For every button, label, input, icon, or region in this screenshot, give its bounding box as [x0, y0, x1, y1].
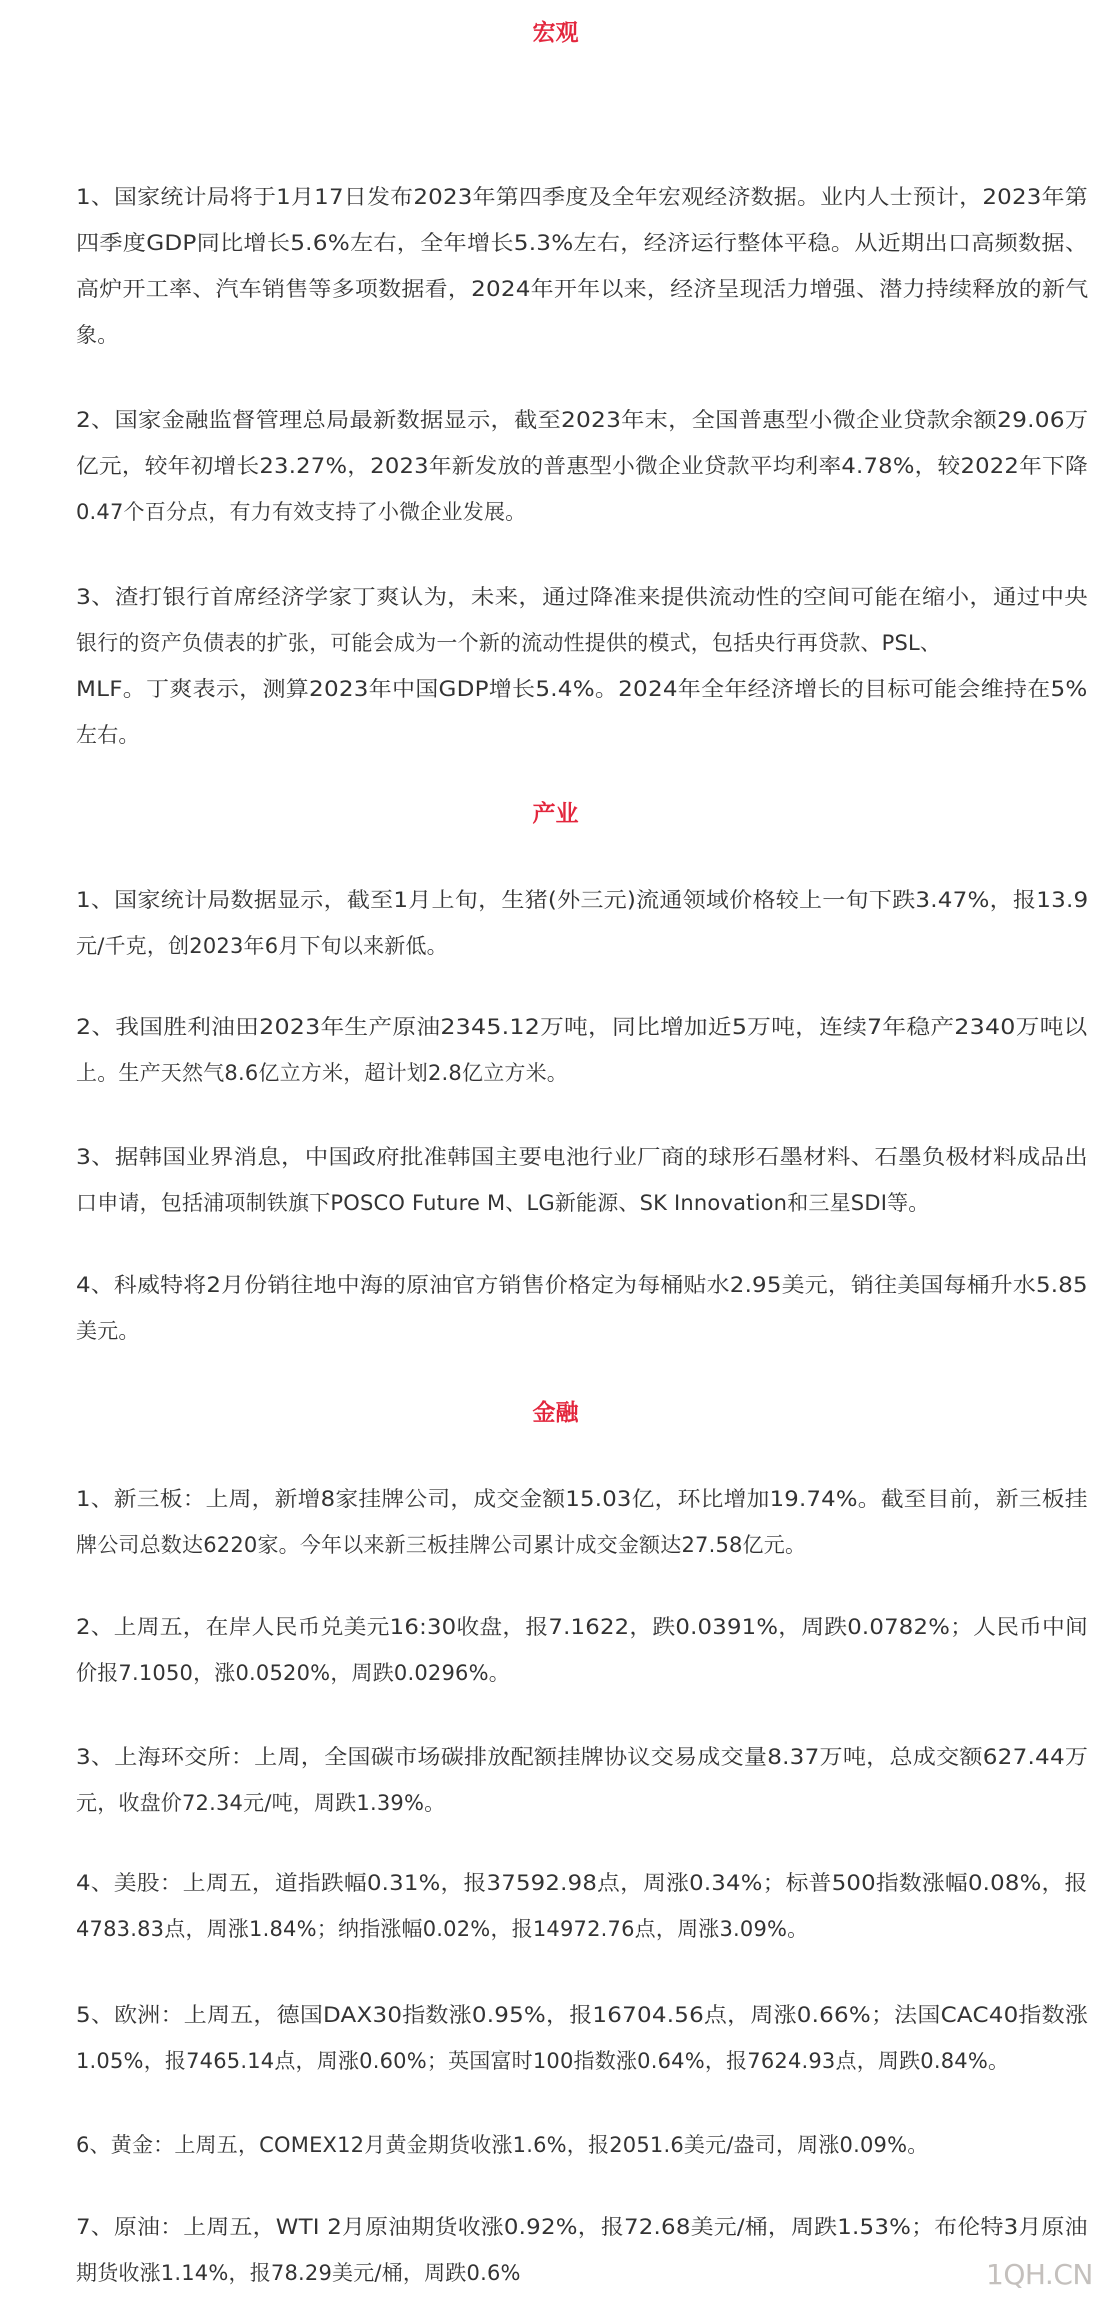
news-item-line: 2、上周五，在岸人民币兑美元16:30收盘，报7.1622，跌0.0391%，周…: [76, 1613, 1088, 1641]
section-heading: 宏观: [0, 18, 1111, 48]
news-item-line: 1.05%，报7465.14点，周涨0.60%；英国富时100指数涨0.64%，…: [76, 2047, 1009, 2075]
news-item-line: 元，收盘价72.34元/吨，周跌1.39%。: [76, 1789, 445, 1817]
news-item-line: 0.47个百分点，有力有效支持了小微企业发展。: [76, 498, 526, 526]
news-item-line: 1、国家统计局将于1月17日发布2023年第四季度及全年宏观经济数据。业内人士预…: [76, 183, 1088, 211]
news-item-line: 1、新三板：上周，新增8家挂牌公司，成交金额15.03亿，环比增加19.74%。…: [76, 1485, 1088, 1513]
news-item-line: 3、上海环交所：上周，全国碳市场碳排放配额挂牌协议交易成交量8.37万吨，总成交…: [76, 1743, 1088, 1771]
news-item-line: 左右。: [76, 721, 140, 749]
section-heading: 产业: [0, 799, 1111, 829]
news-item-line: 3、据韩国业界消息，中国政府批准韩国主要电池行业厂商的球形石墨材料、石墨负极材料…: [76, 1143, 1088, 1171]
news-item-line: 2、我国胜利油田2023年生产原油2345.12万吨，同比增加近5万吨，连续7年…: [76, 1013, 1088, 1041]
news-item-line: 4783.83点，周涨1.84%；纳指涨幅0.02%，报14972.76点，周涨…: [76, 1915, 808, 1943]
news-item-line: 7、原油：上周五，WTI 2月原油期货收涨0.92%，报72.68美元/桶，周跌…: [76, 2213, 1088, 2241]
news-item-line: 3、渣打银行首席经济学家丁爽认为，未来，通过降准来提供流动性的空间可能在缩小，通…: [76, 583, 1088, 611]
news-item-line: 期货收涨1.14%，报78.29美元/桶，周跌0.6%: [76, 2259, 521, 2287]
news-item-line: 上。生产天然气8.6亿立方米，超计划2.8亿立方米。: [76, 1059, 568, 1087]
news-item-line: 5、欧洲：上周五，德国DAX30指数涨0.95%，报16704.56点，周涨0.…: [76, 2001, 1088, 2029]
news-item-line: MLF。丁爽表示，测算2023年中国GDP增长5.4%。2024年全年经济增长的…: [76, 675, 1088, 703]
news-item-line: 元/千克，创2023年6月下旬以来新低。: [76, 932, 448, 960]
news-item-line: 4、美股：上周五，道指跌幅0.31%，报37592.98点，周涨0.34%；标普…: [76, 1869, 1088, 1897]
news-item-line: 四季度GDP同比增长5.6%左右，全年增长5.3%左右，经济运行整体平稳。从近期…: [76, 229, 1088, 257]
news-item-line: 象。: [76, 321, 118, 349]
news-item-line: 美元。: [76, 1317, 140, 1345]
news-item-line: 4、科威特将2月份销往地中海的原油官方销售价格定为每桶贴水2.95美元，销往美国…: [76, 1271, 1088, 1299]
watermark-logo: 1QH.CN: [986, 2258, 1093, 2292]
news-item-line: 银行的资产负债表的扩张，可能会成为一个新的流动性提供的模式，包括央行再贷款、PS…: [76, 629, 941, 657]
news-item-line: 高炉开工率、汽车销售等多项数据看，2024年开年以来，经济呈现活力增强、潜力持续…: [76, 275, 1088, 303]
news-item-line: 6、黄金：上周五，COMEX12月黄金期货收涨1.6%，报2051.6美元/盎司…: [76, 2131, 928, 2159]
news-item-line: 价报7.1050，涨0.0520%，周跌0.0296%。: [76, 1659, 510, 1687]
section-heading: 金融: [0, 1398, 1111, 1428]
news-item-line: 2、国家金融监督管理总局最新数据显示，截至2023年末，全国普惠型小微企业贷款余…: [76, 406, 1088, 434]
news-item-line: 亿元，较年初增长23.27%，2023年新发放的普惠型小微企业贷款平均利率4.7…: [76, 452, 1088, 480]
news-item-line: 牌公司总数达6220家。今年以来新三板挂牌公司累计成交金额达27.58亿元。: [76, 1531, 806, 1559]
news-item-line: 口申请，包括浦项制铁旗下POSCO Future M、LG新能源、SK Inno…: [76, 1189, 929, 1217]
news-item-line: 1、国家统计局数据显示，截至1月上旬，生猪(外三元)流通领域价格较上一旬下跌3.…: [76, 886, 1088, 914]
